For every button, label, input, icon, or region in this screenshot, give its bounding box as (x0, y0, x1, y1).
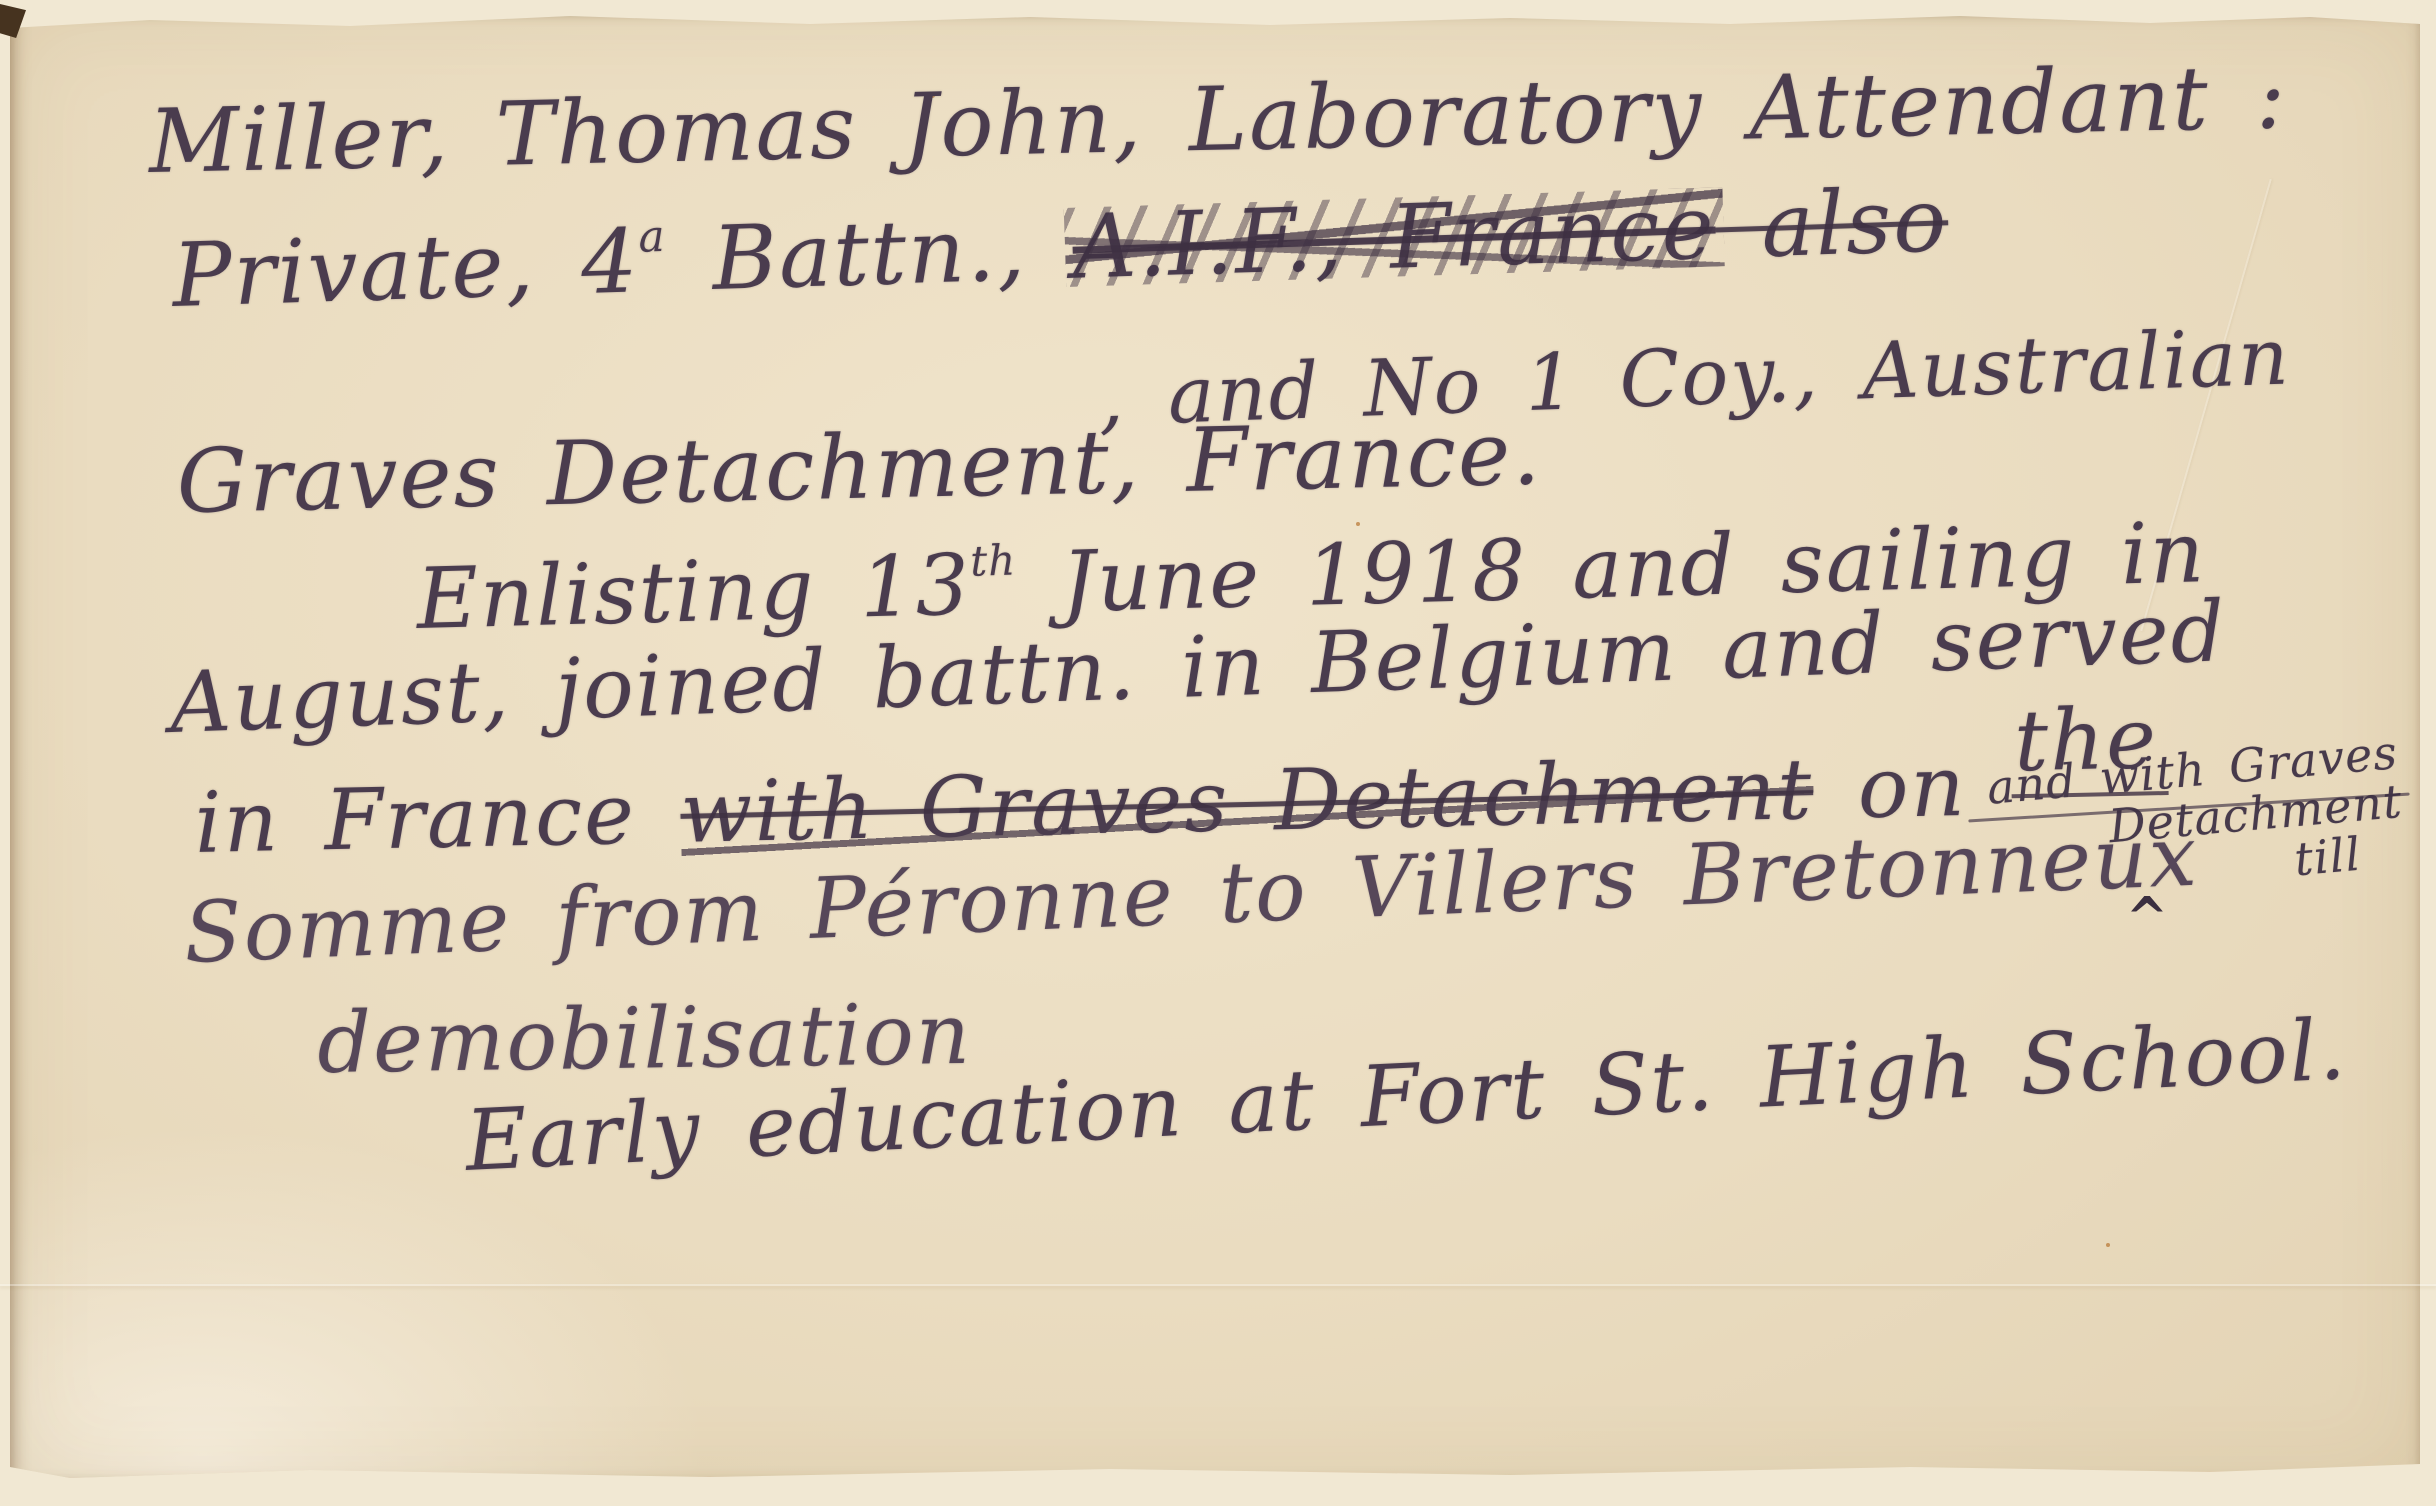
text-segment: in France (194, 764, 682, 872)
caret-mark: ^ (2126, 884, 2168, 952)
superscript-segment: a (638, 211, 667, 263)
struck-text: also (1714, 168, 1950, 278)
text-segment: till (2292, 826, 2363, 886)
document-scan: Miller, Thomas John, Laboratory Attendan… (0, 0, 2436, 1506)
superscript-segment: th (970, 536, 1017, 586)
paper-speck (2106, 1243, 2110, 1247)
text-segment: Battn., (665, 196, 1074, 312)
scribbled-out-text: A.I.F., France (1071, 176, 1717, 299)
paper-crease-horizontal (0, 1284, 2436, 1286)
text-segment: Private, 4 (171, 209, 641, 327)
